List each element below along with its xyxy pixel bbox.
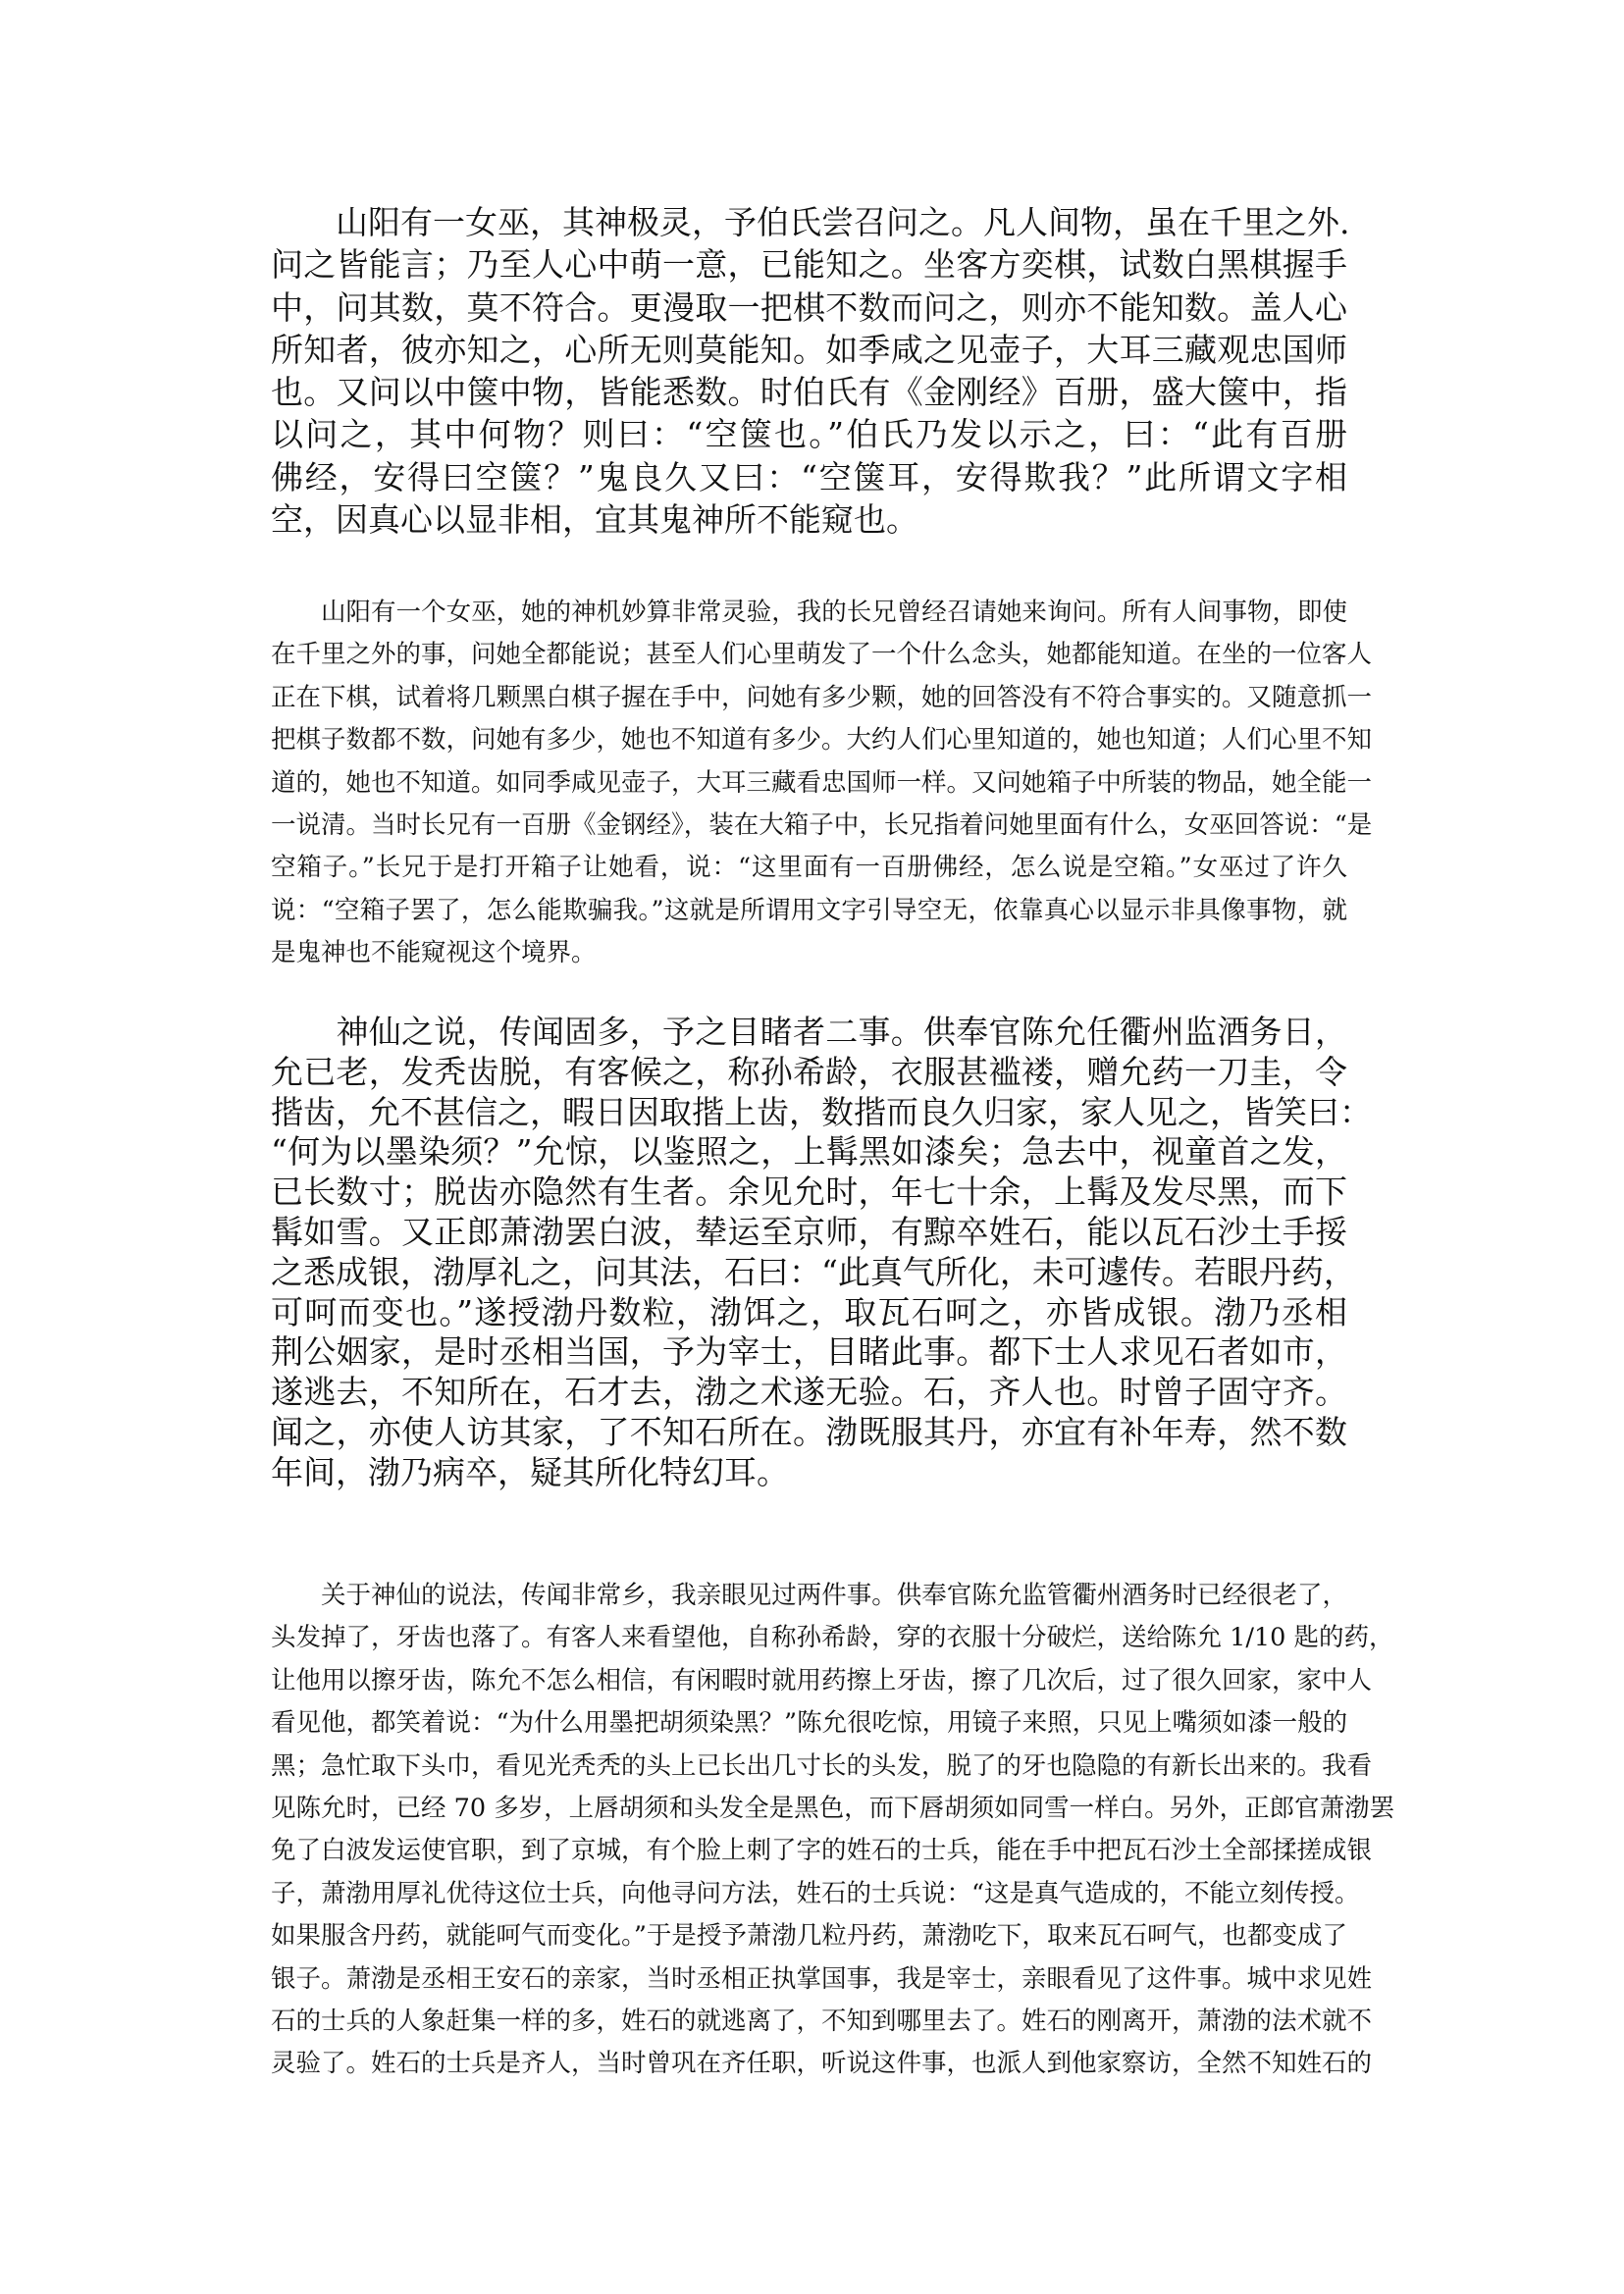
text-line: 在千里之外的事，问她全都能说；甚至人们心里萌发了一个什么念头，她都能知道。在坐的…	[271, 634, 1347, 676]
text-line: 佛经，安得曰空箧？”鬼良久又曰：“空箧耳，安得欺我？”此所谓文字相	[271, 456, 1347, 498]
text-line: 年间，渤乃病卒，疑其所化特幻耳。	[271, 1453, 1347, 1493]
text-line: 髯如雪。又正郎萧渤罢白波，辇运至京师，有黥卒姓石，能以瓦石沙土手挼	[271, 1213, 1347, 1253]
text-line: 关于神仙的说法，传闻非常乡，我亲眼见过两件事。供奉官陈允监管衢州酒务时已经很老了…	[271, 1575, 1347, 1617]
text-line: “何为以墨染须？”允惊，以鉴照之，上髯黑如漆矣；急去中，视童首之发，	[271, 1132, 1347, 1173]
text-line: 所知者，彼亦知之，心所无则莫能知。如季咸之见壶子，大耳三藏观忠国师	[271, 329, 1347, 371]
text-line: 揩齿，允不甚信之，暇日因取揩上齿，数揩而良久归家，家人见之，皆笑曰：	[271, 1093, 1347, 1133]
text-line: 闻之，亦使人访其家，了不知石所在。渤既服其丹，亦宜有补年寿，然不数	[271, 1413, 1347, 1453]
text-line: 空箱子。”长兄于是打开箱子让她看，说：“这里面有一百册佛经，怎么说是空箱。”女巫…	[271, 847, 1347, 889]
text-line: 让他用以擦牙齿，陈允不怎么相信，有闲暇时就用药擦上牙齿，擦了几次后，过了很久回家…	[271, 1660, 1347, 1702]
text-line: 中，问其数，莫不符合。更漫取一把棋不数而问之，则亦不能知数。盖人心	[271, 287, 1347, 329]
text-line: 问之皆能言；乃至人心中萌一意，已能知之。坐客方奕棋，试数白黑棋握手	[271, 243, 1347, 286]
original-passage-2: 神仙之说，传闻固多，予之目睹者二事。供奉官陈允任衢州监酒务日， 允已老，发秃齿脱…	[271, 1013, 1347, 1493]
text-line: 是鬼神也不能窥视这个境界。	[271, 932, 1347, 974]
text-line: 把棋子数都不数，问她有多少，她也不知道有多少。大约人们心里知道的，她也知道；人们…	[271, 719, 1347, 761]
text-line: 石的士兵的人象赶集一样的多，姓石的就逃离了，不知到哪里去了。姓石的刚离开，萧渤的…	[271, 2001, 1347, 2043]
text-line: 正在下棋，试着将几颗黑白棋子握在手中，问她有多少颗，她的回答没有不符合事实的。又…	[271, 677, 1347, 719]
text-line: 可呵而变也。”遂授渤丹数粒，渤饵之，取瓦石呵之，亦皆成银。渤乃丞相	[271, 1293, 1347, 1333]
text-line: 灵验了。姓石的士兵是齐人，当时曾巩在齐任职，听说这件事，也派人到他家察访，全然不…	[271, 2043, 1347, 2085]
text-line: 已长数寸；脱齿亦隐然有生者。余见允时，年七十余，上髯及发尽黑，而下	[271, 1173, 1347, 1213]
text-line: 一说清。当时长兄有一百册《金钢经》，装在大箱子中，长兄指着问她里面有什么，女巫回…	[271, 805, 1347, 847]
document-page: 山阳有一女巫，其神极灵，予伯氏尝召问之。凡人间物，虽在千里之外. 问之皆能言；乃…	[0, 0, 1624, 2294]
text-line: 道的，她也不知道。如同季咸见壶子，大耳三藏看忠国师一样。又问她箱子中所装的物品，…	[271, 762, 1347, 805]
text-line: 说：“空箱子罢了，怎么能欺骗我。”这就是所谓用文字引导空无，依靠真心以显示非具像…	[271, 890, 1347, 932]
text-line: 子，萧渤用厚礼优待这位士兵，向他寻问方法，姓石的士兵说：“这是真气造成的，不能立…	[271, 1873, 1347, 1915]
text-line: 允已老，发秃齿脱，有客候之，称孙希龄，衣服甚褴褛，赠允药一刀圭，令	[271, 1053, 1347, 1093]
text-line: 山阳有一个女巫，她的神机妙算非常灵验，我的长兄曾经召请她来询问。所有人间事物，即…	[271, 592, 1347, 634]
translation-passage-2: 关于神仙的说法，传闻非常乡，我亲眼见过两件事。供奉官陈允监管衢州酒务时已经很老了…	[271, 1575, 1347, 2086]
text-line: 免了白波发运使官职，到了京城，有个脸上刺了字的姓石的士兵，能在手中把瓦石沙土全部…	[271, 1830, 1347, 1872]
text-line: 遂逃去，不知所在，石才去，渤之术遂无验。石，齐人也。时曾子固守齐。	[271, 1373, 1347, 1413]
text-line: 空，因真心以显非相，宜其鬼神所不能窥也。	[271, 498, 1347, 541]
text-line: 看见他，都笑着说：“为什么用墨把胡须染黑？”陈允很吃惊，用镜子来照，只见上嘴须如…	[271, 1702, 1347, 1745]
text-line: 头发掉了，牙齿也落了。有客人来看望他，自称孙希龄，穿的衣服十分破烂，送给陈允 1…	[271, 1617, 1347, 1659]
original-passage-1: 山阳有一女巫，其神极灵，予伯氏尝召问之。凡人间物，虽在千里之外. 问之皆能言；乃…	[271, 201, 1347, 541]
text-line: 以问之，其中何物？则曰：“空箧也。”伯氏乃发以示之，曰：“此有百册	[271, 413, 1347, 455]
text-line: 山阳有一女巫，其神极灵，予伯氏尝召问之。凡人间物，虽在千里之外.	[271, 201, 1347, 243]
text-line: 也。又问以中箧中物，皆能悉数。时伯氏有《金刚经》百册，盛大箧中，指	[271, 371, 1347, 413]
text-line: 银子。萧渤是丞相王安石的亲家，当时丞相正执掌国事，我是宰士，亲眼看见了这件事。城…	[271, 1958, 1347, 2001]
text-line: 黑；急忙取下头巾，看见光秃秃的头上已长出几寸长的头发，脱了的牙也隐隐的有新长出来…	[271, 1746, 1347, 1788]
text-line: 如果服含丹药，就能呵气而变化。”于是授予萧渤几粒丹药，萧渤吃下，取来瓦石呵气，也…	[271, 1915, 1347, 1957]
text-line: 神仙之说，传闻固多，予之目睹者二事。供奉官陈允任衢州监酒务日，	[271, 1013, 1347, 1053]
text-line: 之悉成银，渤厚礼之，问其法，石曰：“此真气所化，未可遽传。若眼丹药，	[271, 1253, 1347, 1293]
text-line: 见陈允时，已经 70 多岁，上唇胡须和头发全是黑色，而下唇胡须如同雪一样白。另外…	[271, 1788, 1347, 1830]
translation-passage-1: 山阳有一个女巫，她的神机妙算非常灵验，我的长兄曾经召请她来询问。所有人间事物，即…	[271, 592, 1347, 975]
text-line: 荆公姻家，是时丞相当国，予为宰士，目睹此事。都下士人求见石者如市，	[271, 1332, 1347, 1373]
